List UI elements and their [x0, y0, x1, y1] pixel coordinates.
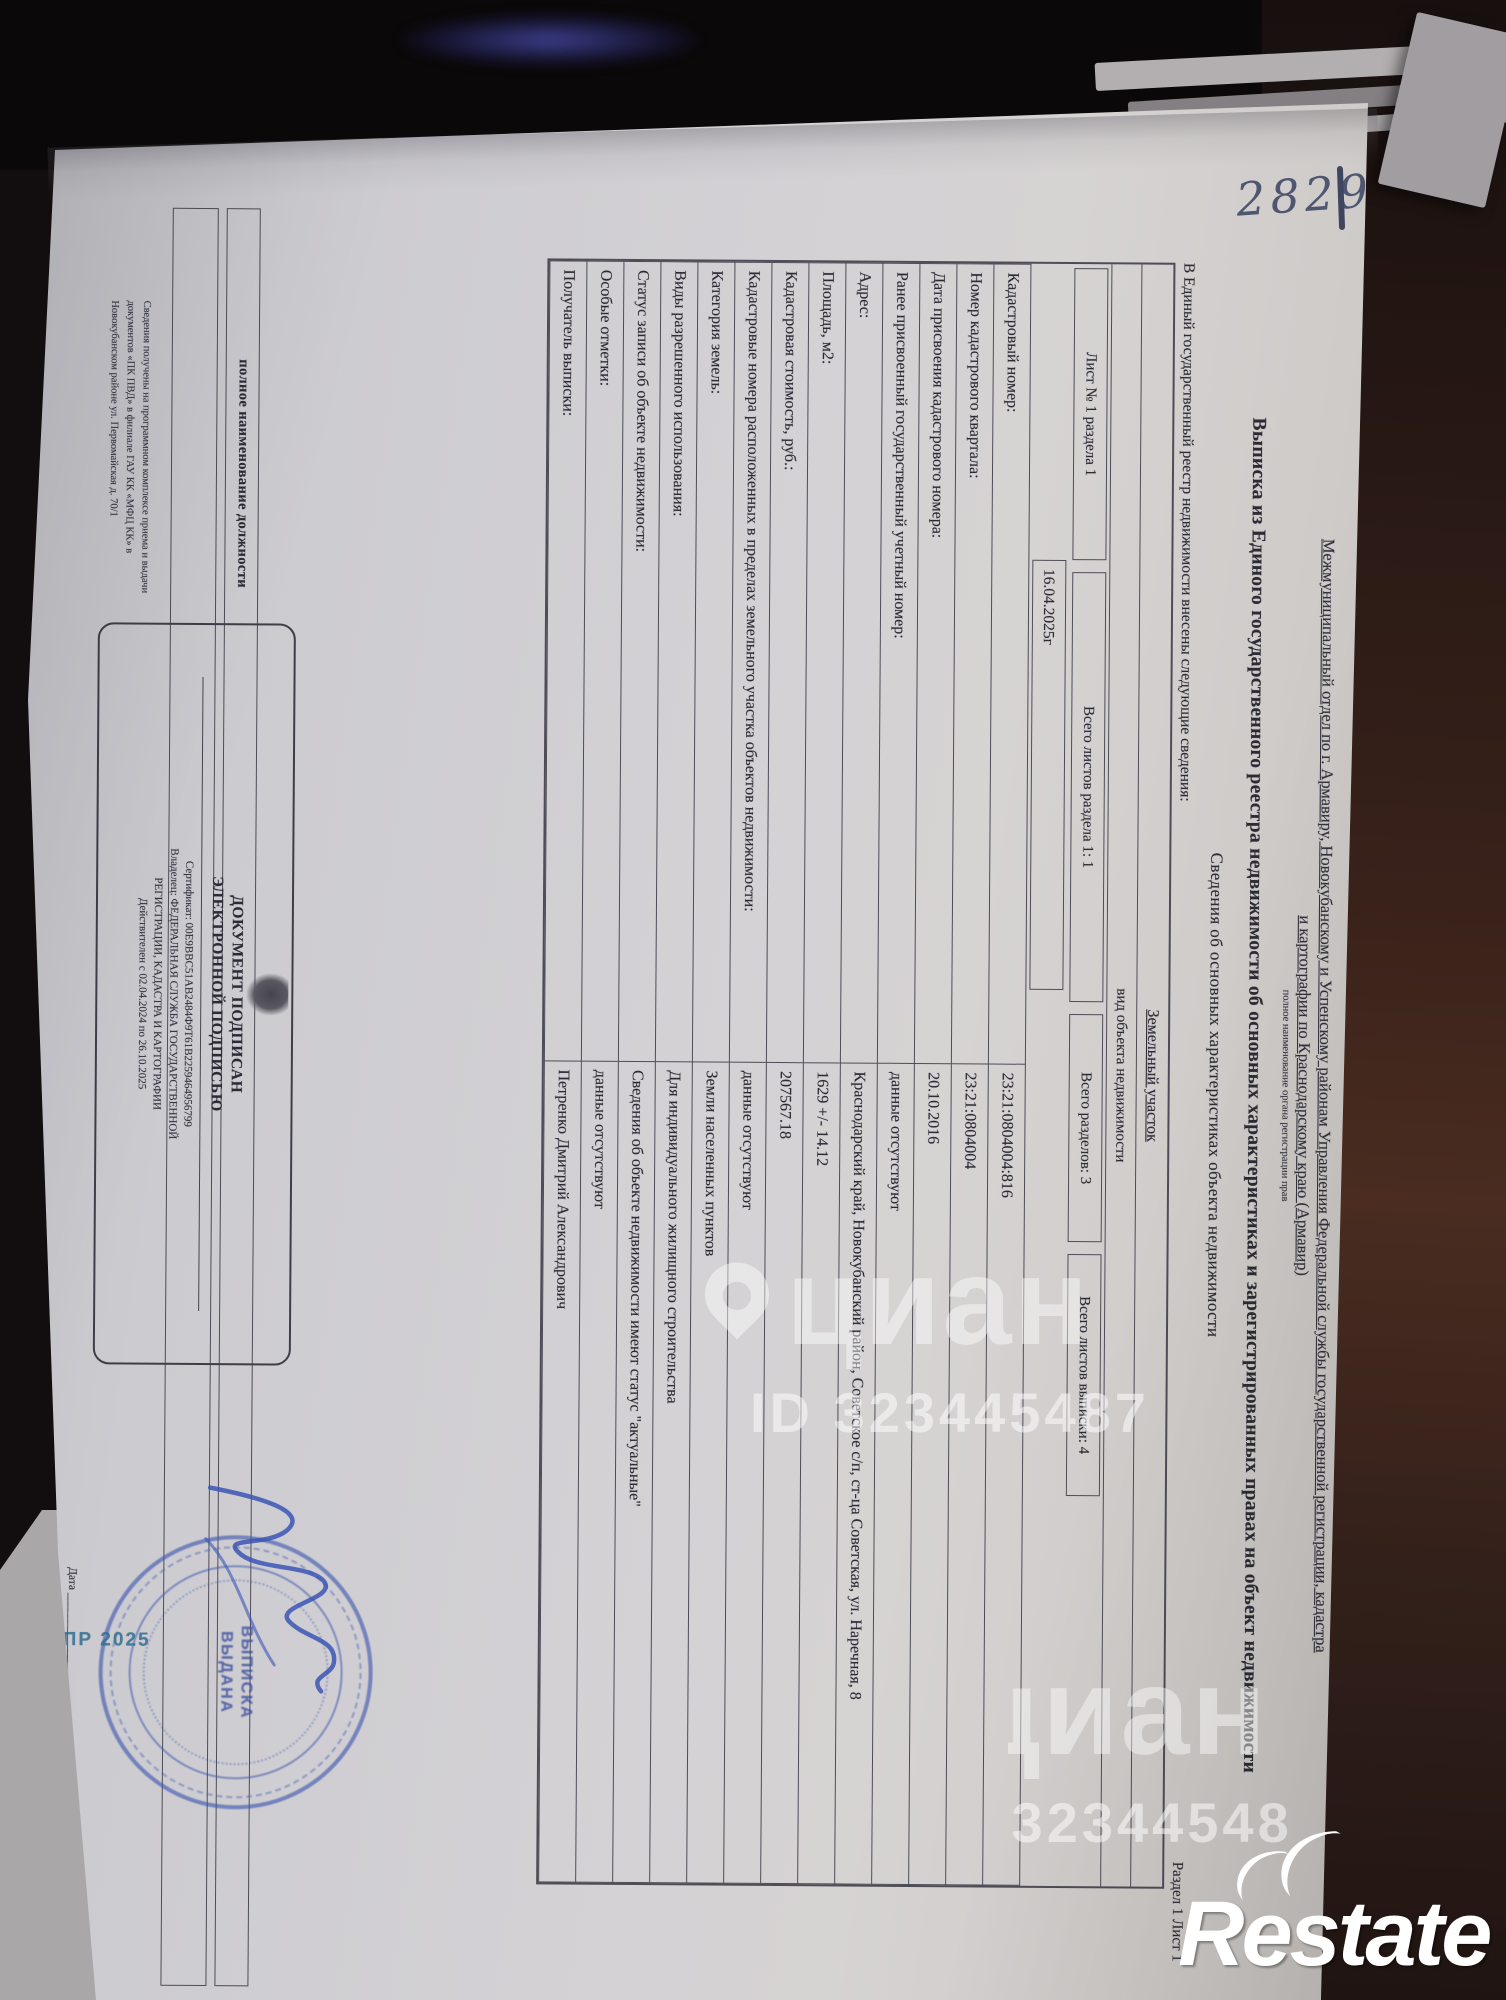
meta-cell: Лист № 1 раздела 1 — [1072, 268, 1108, 560]
state-emblem-icon — [246, 973, 288, 1015]
row-label: Кадастровые номера расположенных в преде… — [729, 262, 772, 1062]
row-label: Площадь, м2: — [803, 263, 846, 1063]
row-label: Статус записи об объекте недвижимости: — [618, 261, 661, 1061]
row-label: Кадастровый номер: — [988, 264, 1031, 1064]
restate-logo-text: Restate — [1178, 1882, 1489, 1987]
intro-text: В Единый государственный реестр недвижим… — [1175, 263, 1198, 802]
row-label: Дата присвоения кадастрового номера: — [914, 263, 957, 1063]
row-label: Получатель выписки: — [544, 261, 587, 1061]
extract-date: 16.04.2025г — [1029, 560, 1066, 990]
note-line: Сведения получены на программном комплек… — [136, 301, 154, 631]
photo-light-glare — [400, 14, 700, 66]
row-value: Петренко Дмитрий Александрович — [538, 1061, 581, 1882]
esign-divider — [198, 677, 203, 1312]
photo-of-document: { "photo": { "handwritten_number": "2829… — [0, 0, 1506, 2000]
watermark-id: ID 323445487 — [750, 1380, 1150, 1445]
issuance-note: Сведения получены на программном комплек… — [105, 300, 155, 630]
meta-cell: Всего листов раздела 1: 1 — [1069, 572, 1106, 1002]
handwritten-number: 2829 — [1234, 163, 1375, 226]
row-value: 207567.18 — [760, 1062, 803, 1883]
row-value: данные отсутствуют — [575, 1061, 618, 1882]
row-value: 20.10.2016 — [908, 1063, 951, 1884]
row-label: Категория земель: — [692, 262, 735, 1062]
row-label: Кадастровая стоимость, руб.: — [766, 262, 809, 1062]
row-label: Ранее присвоенный государственный учетны… — [877, 263, 920, 1063]
meta-cell: Всего разделов: 3 — [1067, 1014, 1103, 1242]
row-label: Виды разрешенного использования: — [655, 262, 698, 1062]
row-label: Номер кадастрового квартала: — [951, 264, 994, 1064]
watermark-brand: циан — [1008, 1650, 1268, 1774]
row-value: 1629 +/- 14.12 — [797, 1063, 840, 1884]
row-label: Адрес: — [840, 263, 883, 1063]
cian-watermark: циан ID 323445487 — [690, 1240, 1250, 1460]
restate-logo: Restate — [1148, 1856, 1506, 2000]
row-value: Земли населенных пунктов — [686, 1062, 729, 1883]
row-value: Для индивидуального жилищного строительс… — [649, 1062, 692, 1883]
row-value: 23:21:0804004 — [945, 1064, 988, 1885]
row-value: Сведения об объекте недвижимости имеют с… — [612, 1061, 655, 1882]
key-value-table: Кадастровый номер:23:21:0804004:816Номер… — [538, 260, 1031, 1885]
cian-pin-icon — [696, 1260, 778, 1342]
note-line: Новокубанском районе ул. Первомайская д.… — [105, 300, 123, 630]
row-label: Особые отметки: — [581, 261, 624, 1061]
row-value: данные отсутствуют — [871, 1063, 914, 1884]
watermark-brand: циан — [786, 1240, 1090, 1364]
electronic-signature-stamp: ДОКУМЕНТ ПОДПИСАН ЭЛЕКТРОННОЙ ПОДПИСЬЮ С… — [93, 622, 296, 1365]
row-value: данные отсутствуют — [723, 1062, 766, 1883]
row-value: Краснодарский край, Новокубанский район,… — [834, 1063, 877, 1884]
position-name-label: полное наименование должности — [233, 359, 253, 588]
